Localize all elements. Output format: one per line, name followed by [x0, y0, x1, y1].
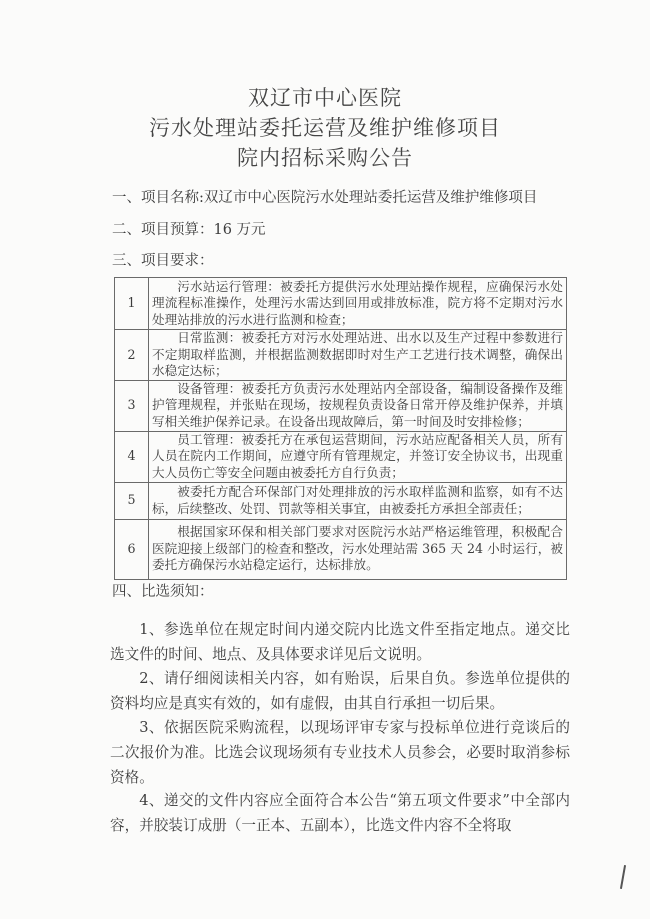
project-title: 污水处理站委托运营及维护维修项目 [0, 112, 650, 142]
notice-item-2: 2、请仔细阅读相关内容，如有贻误，后果自负。参选单位提供的资料均应是真实有效的，… [110, 666, 570, 716]
row-text: 设备管理：被委托方负责污水处理站内全部设备，编制设备操作及维护管理规程，并张贴在… [149, 380, 567, 431]
table-row: 6 根据国家环保和相关部门要求对医院污水站严格运维管理，积极配合医院迎接上级部门… [115, 519, 567, 579]
row-text: 根据国家环保和相关部门要求对医院污水站严格运维管理，积极配合医院迎接上级部门的检… [149, 519, 567, 579]
requirements-table: 1 污水站运行管理：被委托方提供污水处理站操作规程，应确保污水处理流程标准操作，… [114, 277, 567, 580]
announcement-title: 院内招标采购公告 [0, 142, 650, 172]
notice-item-1: 1、参选单位在规定时间内递交院内比选文件至指定地点。递交比选文件的时间、地点、及… [110, 617, 570, 667]
row-number: 4 [115, 431, 149, 482]
section-project-requirements: 三、项目要求： [112, 249, 214, 270]
section-project-budget: 二、项目预算：16 万元 [112, 218, 266, 239]
hospital-name: 双辽市中心医院 [0, 82, 650, 112]
row-text: 员工管理：被委托方在承包运营期间，污水站应配备相关人员，所有人员在院内工作期间，… [149, 431, 567, 482]
row-text: 污水站运行管理：被委托方提供污水处理站操作规程，应确保污水处理流程标准操作，处理… [149, 278, 567, 330]
table-row: 4 员工管理：被委托方在承包运营期间，污水站应配备相关人员，所有人员在院内工作期… [115, 431, 567, 482]
row-number: 5 [115, 482, 149, 519]
row-text: 被委托方配合环保部门对处理排放的污水取样监测和监察，如有不达标，后续整改、处罚、… [149, 482, 567, 519]
notice-item-4: 4、递交的文件内容应全面符合本公告“第五项文件要求”中全部内容，并胶装订成册（一… [110, 788, 570, 838]
row-number: 2 [115, 330, 149, 381]
section-bidding-notice: 四、比选须知： [112, 580, 214, 601]
table-row: 2 日常监测：被委托方对污水处理站进、出水以及生产过程中参数进行不定期取样监测，… [115, 330, 567, 381]
notice-item-3: 3、依据医院采购流程，以现场评审专家与投标单位进行竞谈后的二次报价为准。比选会议… [110, 715, 570, 790]
row-number: 1 [115, 278, 149, 330]
table-row: 1 污水站运行管理：被委托方提供污水处理站操作规程，应确保污水处理流程标准操作，… [115, 278, 567, 330]
table-row: 5 被委托方配合环保部门对处理排放的污水取样监测和监察，如有不达标，后续整改、处… [115, 482, 567, 519]
row-number: 3 [115, 380, 149, 431]
row-text: 日常监测：被委托方对污水处理站进、出水以及生产过程中参数进行不定期取样监测，并根… [149, 330, 567, 381]
table-row: 3 设备管理：被委托方负责污水处理站内全部设备，编制设备操作及维护管理规程，并张… [115, 380, 567, 431]
pen-mark [620, 865, 626, 889]
section-project-name: 一、项目名称:双辽市中心医院污水处理站委托运营及维护维修项目 [112, 186, 537, 207]
row-number: 6 [115, 519, 149, 579]
